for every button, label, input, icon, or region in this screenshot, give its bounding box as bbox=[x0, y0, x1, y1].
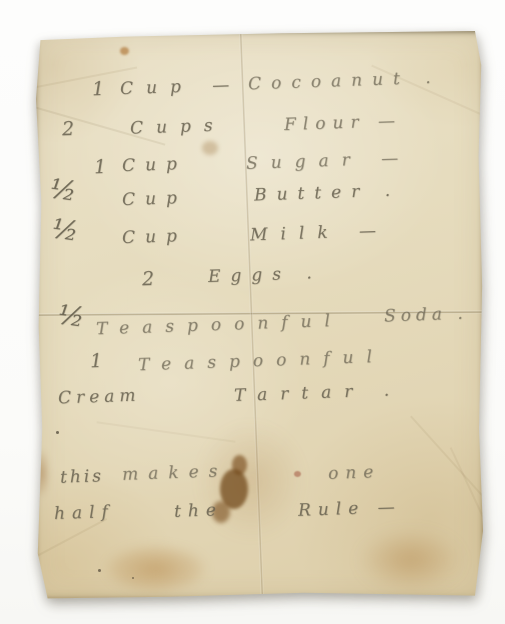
handwritten-word: Soda . bbox=[384, 304, 468, 327]
handwritten-word: 2 bbox=[142, 269, 157, 289]
handwritten-word: the bbox=[174, 500, 224, 522]
handwritten-word: Cup bbox=[122, 188, 188, 210]
handwritten-word: Teaspoonful bbox=[96, 311, 343, 340]
stain-spot-top bbox=[120, 47, 129, 55]
handwritten-word: Flour — bbox=[284, 111, 403, 135]
paper-sheet: 1 Cup — Cocoanut . 2 Cups Flour — 1 Cup … bbox=[36, 31, 483, 599]
handwritten-word: Tartar . bbox=[234, 380, 403, 406]
handwritten-word: one bbox=[328, 462, 381, 484]
handwritten-word: 1 bbox=[90, 351, 105, 371]
handwritten-word: 1 bbox=[94, 157, 109, 177]
handwritten-fraction: ½ bbox=[57, 305, 86, 328]
handwritten-word: 2 bbox=[62, 119, 77, 139]
photo-of-recipe-note: 1 Cup — Cocoanut . 2 Cups Flour — 1 Cup … bbox=[0, 0, 505, 624]
paper-sheet-wrapper: 1 Cup — Cocoanut . 2 Cups Flour — 1 Cup … bbox=[36, 31, 483, 599]
handwritten-word: Cream bbox=[58, 386, 141, 409]
handwritten-word: makes bbox=[122, 461, 228, 485]
handwritten-word: half bbox=[54, 502, 115, 524]
crinkle-line bbox=[450, 447, 503, 557]
stain-spot-right bbox=[294, 471, 301, 477]
handwritten-word: Cups bbox=[130, 115, 226, 138]
stain-bottom-right bbox=[358, 529, 463, 591]
handwritten-word: Cup bbox=[122, 154, 188, 176]
handwritten-word: Teaspoonful bbox=[138, 347, 385, 376]
handwritten-word: Cocoanut . bbox=[248, 68, 441, 95]
handwritten-word: Rule — bbox=[298, 497, 402, 521]
stain-blob bbox=[232, 455, 247, 475]
crinkle-line bbox=[97, 421, 236, 442]
handwritten-word: Cup — bbox=[120, 75, 243, 99]
handwritten-fraction: ½ bbox=[49, 179, 78, 202]
handwritten-word: Milk — bbox=[250, 221, 390, 246]
stain-spot-mid bbox=[202, 141, 218, 155]
stain-left-edge bbox=[32, 449, 50, 497]
handwritten-word: Sugar — bbox=[246, 148, 412, 174]
crinkle-line bbox=[27, 518, 107, 562]
dark-speck bbox=[132, 577, 134, 579]
stain-bottom-left bbox=[102, 537, 237, 601]
handwritten-word: Cup bbox=[122, 226, 188, 248]
dark-speck bbox=[56, 431, 59, 434]
dark-speck bbox=[98, 569, 101, 572]
handwritten-fraction: ½ bbox=[51, 219, 80, 242]
handwritten-word: this bbox=[60, 466, 105, 488]
crinkle-line bbox=[410, 416, 505, 529]
handwritten-word: Butter . bbox=[254, 180, 401, 205]
handwritten-word: Eggs . bbox=[208, 263, 322, 287]
handwritten-word: 1 bbox=[92, 79, 107, 99]
